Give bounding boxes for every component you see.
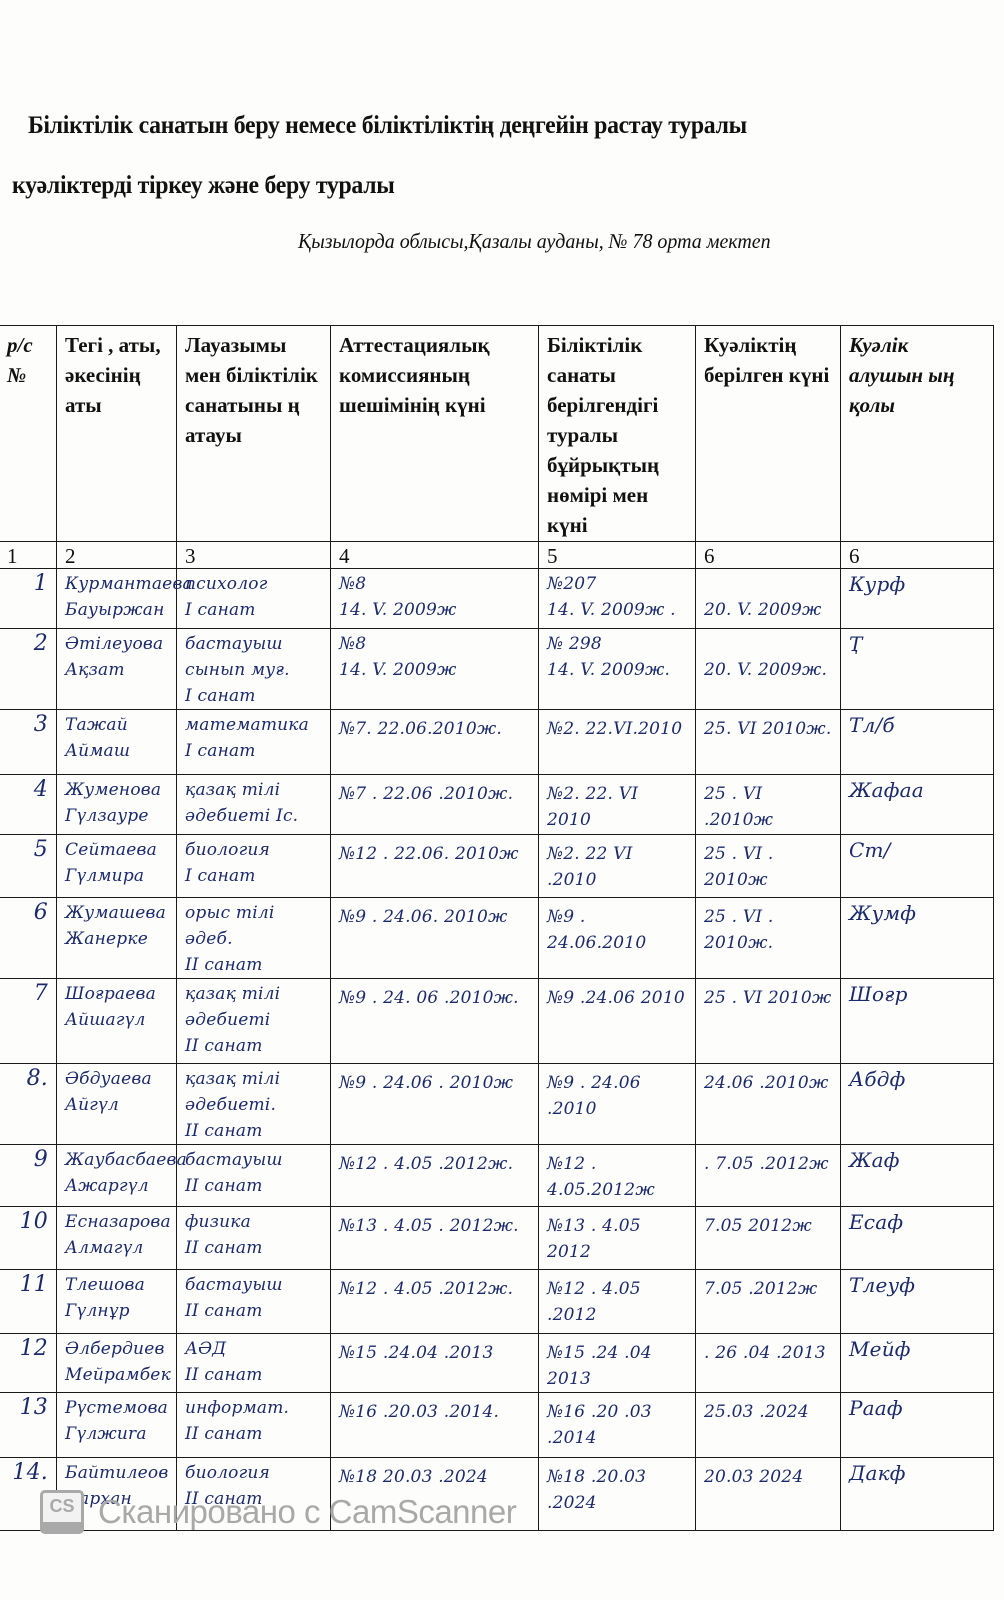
full-name-cell: ӘбдуаеваАйгүл [57, 1064, 177, 1145]
handwritten-line: бастауыш [185, 1272, 322, 1298]
handwritten-line: №12 . 4.05 .2012 [547, 1276, 687, 1328]
header-issue-date: Куәліктің берілген күні [696, 326, 841, 542]
handwritten-line: қазақ тілі [185, 777, 322, 803]
signature-cell: Мейф [841, 1334, 994, 1393]
handwritten-line: биология [185, 837, 322, 863]
commission-date-cell: №814. V. 2009ж [331, 629, 539, 710]
camscanner-cs-icon: CS [40, 1490, 84, 1534]
handwritten-line: №12 . 4.05 .2012ж. [339, 1276, 530, 1302]
signature-cell: Абдф [841, 1064, 994, 1145]
handwritten-line: бастауыш [185, 1147, 322, 1173]
handwritten-line: Гүлжиra [65, 1421, 168, 1447]
signature-cell: Курф [841, 569, 994, 629]
handwritten-line: II санат [185, 1362, 322, 1388]
position-cell: психологI санат [177, 569, 331, 629]
full-name-cell: ЖумашеваЖанерке [57, 898, 177, 979]
handwritten-line: №8 [339, 631, 530, 657]
table-row: 4ЖуменоваГүлзауреқазақ тіліәдебиеті Iс.№… [0, 775, 994, 835]
row-number: 7 [0, 979, 57, 1064]
document-title-line1: Біліктілік санатын беру немесе біліктілі… [28, 112, 747, 140]
handwritten-line: Жанерке [65, 926, 168, 952]
issue-date-cell: 7.05 2012ж [696, 1207, 841, 1270]
order-cell: №2. 22. VI 2010 [539, 775, 696, 835]
handwritten-line: орыс тілі әдеб. [185, 900, 322, 952]
handwritten-line: I санат [185, 863, 322, 889]
position-cell: қазақ тіліәдебиеті Iс. [177, 775, 331, 835]
signature-cell: Тлеуф [841, 1270, 994, 1334]
position-cell: қазақ тіліәдебиетіII санат [177, 979, 331, 1064]
handwritten-line: №18 .20.03 .2024 [547, 1464, 687, 1516]
row-number: 9 [0, 1145, 57, 1207]
position-cell: қазақ тіліәдебиеті.II санат [177, 1064, 331, 1145]
handwritten-line: №9 . 24.06 . 2010ж [339, 1070, 530, 1096]
order-cell: №2. 22 VI .2010 [539, 835, 696, 898]
handwritten-line: бастауыш [185, 631, 322, 657]
signature-cell: Жафаа [841, 775, 994, 835]
handwritten-line: Шоғраева [65, 981, 168, 1007]
table-row: 6ЖумашеваЖанеркеорыс тілі әдеб.II санат№… [0, 898, 994, 979]
row-number: 3 [0, 710, 57, 775]
issue-date-cell: 7.05 .2012ж [696, 1270, 841, 1334]
order-cell: №9 .24.06 2010 [539, 979, 696, 1064]
full-name-cell: СейтаеваГүлмира [57, 835, 177, 898]
full-name-cell: КурмантаеваБауыржан [57, 569, 177, 629]
handwritten-line: Аймаш [65, 738, 168, 764]
order-cell: №2. 22.VI.2010 [539, 710, 696, 775]
order-cell: №9 . 24.06.2010 [539, 898, 696, 979]
handwritten-line: Сейтаева [65, 837, 168, 863]
handwritten-line: №2. 22.VI.2010 [547, 716, 687, 742]
handwritten-line: №9 . 24.06 .2010 [547, 1070, 687, 1122]
commission-date-cell: №15 .24.04 .2013 [331, 1334, 539, 1393]
issue-date-cell: 20. V. 2009ж. [696, 629, 841, 710]
row-number: 6 [0, 898, 57, 979]
handwritten-line: Жуменова [65, 777, 168, 803]
commission-date-cell: №16 .20.03 .2014. [331, 1393, 539, 1458]
table-row: 2ӘтілеуоваАқзатбастауышсынып муғ.I санат… [0, 629, 994, 710]
order-cell: №20714. V. 2009ж . [539, 569, 696, 629]
row-number: 12 [0, 1334, 57, 1393]
position-cell: бастауышсынып муғ.I санат [177, 629, 331, 710]
handwritten-line: Гүлмира [65, 863, 168, 889]
handwritten-line: №9 .24.06 2010 [547, 985, 687, 1011]
handwritten-line: Тлешова [65, 1272, 168, 1298]
handwritten-line: әдебиеті Iс. [185, 803, 322, 829]
row-number: 8. [0, 1064, 57, 1145]
handwritten-line: I санат [185, 597, 322, 623]
table-row: 9ЖаубасбаеваАжаргүлбастауышII санат№12 .… [0, 1145, 994, 1207]
issue-date-cell: . 26 .04 .2013 [696, 1334, 841, 1393]
handwritten-line: №15 .24 .04 2013 [547, 1340, 687, 1392]
header-position: Лауазымы мен біліктілік санатыны ң атауы [177, 326, 331, 542]
full-name-cell: ТлешоваГүлнұр [57, 1270, 177, 1334]
signature-cell: Рааф [841, 1393, 994, 1458]
handwritten-line: II санат [185, 1421, 322, 1447]
row-number: 5 [0, 835, 57, 898]
issue-date-cell: 20. V. 2009ж [696, 569, 841, 629]
full-name-cell: ӘлбердиевМейрамбек [57, 1334, 177, 1393]
commission-date-cell: №12 . 4.05 .2012ж. [331, 1145, 539, 1207]
handwritten-line: №7. 22.06.2010ж. [339, 716, 530, 742]
watermark-text: Сканировано с CamScanner [98, 1493, 516, 1531]
handwritten-line: №2. 22 VI .2010 [547, 841, 687, 893]
handwritten-line: I санат [185, 683, 322, 709]
handwritten-line: №12 . 4.05.2012ж [547, 1151, 687, 1203]
row-number: 2 [0, 629, 57, 710]
header-order-number-date: Біліктілік санаты берілгендігі туралы бұ… [539, 326, 696, 542]
issue-date-cell: 25 . VI 2010ж [696, 979, 841, 1064]
camscanner-watermark: CS Сканировано с CamScanner [40, 1490, 516, 1534]
position-cell: информат.II санат [177, 1393, 331, 1458]
handwritten-line: Бауыржан [65, 597, 168, 623]
column-number: 3 [177, 542, 331, 569]
commission-date-cell: №9 . 24. 06 .2010ж. [331, 979, 539, 1064]
header-full-name: Тегі , аты, әкесінің аты [57, 326, 177, 542]
handwritten-line: Тажай [65, 712, 168, 738]
handwritten-line: II санат [185, 1235, 322, 1261]
handwritten-line: Ажаргүл [65, 1173, 168, 1199]
column-number: 1 [0, 542, 57, 569]
column-number: 4 [331, 542, 539, 569]
handwritten-line: Жумашева [65, 900, 168, 926]
commission-date-cell: №814. V. 2009ж [331, 569, 539, 629]
handwritten-line: Гүлнұр [65, 1298, 168, 1324]
table-row: 5СейтаеваГүлмирабиологияI санат№12 . 22.… [0, 835, 994, 898]
handwritten-line: Курмантаева [65, 571, 168, 597]
table-row: 11ТлешоваГүлнұрбастауышII санат№12 . 4.0… [0, 1270, 994, 1334]
handwritten-line: №9 . 24. 06 .2010ж. [339, 985, 530, 1011]
handwritten-line: №18 20.03 .2024 [339, 1464, 530, 1490]
handwritten-line: Есназарова [65, 1209, 168, 1235]
handwritten-line: АӘД [185, 1336, 322, 1362]
issue-date-cell: 24.06 .2010ж [696, 1064, 841, 1145]
handwritten-line: №12 . 4.05 .2012ж. [339, 1151, 530, 1177]
handwritten-line: 14. V. 2009ж. [547, 657, 687, 683]
handwritten-line: Мейрамбек [65, 1362, 168, 1388]
handwritten-line: №207 [547, 571, 687, 597]
commission-date-cell: №13 . 4.05 . 2012ж. [331, 1207, 539, 1270]
handwritten-line: биология [185, 1460, 322, 1486]
handwritten-line: №9 . 24.06. 2010ж [339, 904, 530, 930]
handwritten-line: II санат [185, 952, 322, 978]
signature-cell: Тл/б [841, 710, 994, 775]
full-name-cell: ШоғраеваАйшагүл [57, 979, 177, 1064]
order-cell: №9 . 24.06 .2010 [539, 1064, 696, 1145]
handwritten-line: №15 .24.04 .2013 [339, 1340, 530, 1366]
handwritten-line: Әлбердиев [65, 1336, 168, 1362]
order-cell: №12 . 4.05.2012ж [539, 1145, 696, 1207]
handwritten-line: психолог [185, 571, 322, 597]
issue-date-cell: . 7.05 .2012ж [696, 1145, 841, 1207]
handwritten-line: II санат [185, 1118, 322, 1144]
column-number: 6 [841, 542, 994, 569]
commission-date-cell: №7 . 22.06 .2010ж. [331, 775, 539, 835]
handwritten-line: қазақ тілі [185, 981, 322, 1007]
handwritten-line: Рүстемова [65, 1395, 168, 1421]
column-number: 6 [696, 542, 841, 569]
table-row: 13РүстемоваГүлжиraинформат.II санат№16 .… [0, 1393, 994, 1458]
handwritten-line: №8 [339, 571, 530, 597]
table-row: 7ШоғраеваАйшагүлқазақ тіліәдебиетіII сан… [0, 979, 994, 1064]
order-cell: №18 .20.03 .2024 [539, 1458, 696, 1531]
handwritten-line: 14. V. 2009ж [339, 657, 530, 683]
handwritten-line: №13 . 4.05 2012 [547, 1213, 687, 1265]
handwritten-line: қазақ тілі [185, 1066, 322, 1092]
signature-cell: Жумф [841, 898, 994, 979]
handwritten-line: 14. V. 2009ж . [547, 597, 687, 623]
order-cell: №13 . 4.05 2012 [539, 1207, 696, 1270]
table-row: 1КурмантаеваБауыржанпсихологI санат№814.… [0, 569, 994, 629]
row-number: 1 [0, 569, 57, 629]
handwritten-line: әдебиеті. [185, 1092, 322, 1118]
full-name-cell: ЕсназароваАлмагүл [57, 1207, 177, 1270]
document-title-line2: куәліктерді тіркеу және беру туралы [12, 172, 395, 200]
handwritten-line: II санат [185, 1298, 322, 1324]
order-cell: №15 .24 .04 2013 [539, 1334, 696, 1393]
handwritten-line: II санат [185, 1033, 322, 1059]
commission-date-cell: №9 . 24.06 . 2010ж [331, 1064, 539, 1145]
header-commission-date: Аттестациялық комиссияның шешімінің күні [331, 326, 539, 542]
handwritten-line: Ақзат [65, 657, 168, 683]
column-number-row: 1 2 3 4 5 6 6 [0, 542, 994, 569]
handwritten-line: №16 .20.03 .2014. [339, 1399, 530, 1425]
handwritten-line: әдебиеті [185, 1007, 322, 1033]
table-row: 8.ӘбдуаеваАйгүлқазақ тіліәдебиеті.II сан… [0, 1064, 994, 1145]
handwritten-line: сынып муғ. [185, 657, 322, 683]
position-cell: бастауышII санат [177, 1145, 331, 1207]
row-number: 11 [0, 1270, 57, 1334]
handwritten-line: Айшагүл [65, 1007, 168, 1033]
issue-date-cell: 25.03 .2024 [696, 1393, 841, 1458]
handwritten-line: №7 . 22.06 .2010ж. [339, 781, 530, 807]
signature-cell: Жаф [841, 1145, 994, 1207]
position-cell: бастауышII санат [177, 1270, 331, 1334]
handwritten-line: Әбдуаева [65, 1066, 168, 1092]
row-number: 10 [0, 1207, 57, 1270]
full-name-cell: РүстемоваГүлжиra [57, 1393, 177, 1458]
issue-date-cell: 25 . VI . 2010ж. [696, 898, 841, 979]
signature-cell: Шоғр [841, 979, 994, 1064]
handwritten-line: Айгүл [65, 1092, 168, 1118]
signature-cell: Ст/ [841, 835, 994, 898]
commission-date-cell: №12 . 22.06. 2010ж [331, 835, 539, 898]
header-row: р/с № Тегі , аты, әкесінің аты Лауазымы … [0, 326, 994, 542]
table-row: 12ӘлбердиевМейрамбекАӘДII санат№15 .24.0… [0, 1334, 994, 1393]
full-name-cell: ЖуменоваГүлзауре [57, 775, 177, 835]
order-cell: №16 .20 .03 .2014 [539, 1393, 696, 1458]
position-cell: математикаI санат [177, 710, 331, 775]
commission-date-cell: №12 . 4.05 .2012ж. [331, 1270, 539, 1334]
row-number: 4 [0, 775, 57, 835]
full-name-cell: ТажайАймаш [57, 710, 177, 775]
handwritten-line: Гүлзауре [65, 803, 168, 829]
column-number: 2 [57, 542, 177, 569]
position-cell: физикаII санат [177, 1207, 331, 1270]
order-cell: № 29814. V. 2009ж. [539, 629, 696, 710]
handwritten-line: информат. [185, 1395, 322, 1421]
header-row-number: р/с № [0, 326, 57, 542]
signature-cell: Ҭ [841, 629, 994, 710]
handwritten-line: Жаубасбаева [65, 1147, 168, 1173]
position-cell: орыс тілі әдеб.II санат [177, 898, 331, 979]
handwritten-line: №9 . 24.06.2010 [547, 904, 687, 956]
handwritten-line: Әтілеуова [65, 631, 168, 657]
handwritten-line: Байтилеов [65, 1460, 168, 1486]
issue-date-cell: 25 . VI .2010ж [696, 775, 841, 835]
handwritten-line: №16 .20 .03 .2014 [547, 1399, 687, 1451]
table-row: 3ТажайАймашматематикаI санат№7. 22.06.20… [0, 710, 994, 775]
handwritten-line: Алмагүл [65, 1235, 168, 1261]
full-name-cell: ЖаубасбаеваАжаргүл [57, 1145, 177, 1207]
handwritten-line: № 298 [547, 631, 687, 657]
handwritten-line: 14. V. 2009ж [339, 597, 530, 623]
position-cell: биологияI санат [177, 835, 331, 898]
column-number: 5 [539, 542, 696, 569]
signature-cell: Дакф [841, 1458, 994, 1531]
handwritten-line: физика [185, 1209, 322, 1235]
position-cell: АӘДII санат [177, 1334, 331, 1393]
table-row: 10ЕсназароваАлмагүлфизикаII санат№13 . 4… [0, 1207, 994, 1270]
issue-date-cell: 20.03 2024 [696, 1458, 841, 1531]
document-subtitle: Қызылорда облысы,Қазалы ауданы, № 78 орт… [298, 229, 771, 254]
commission-date-cell: №7. 22.06.2010ж. [331, 710, 539, 775]
issue-date-cell: 25 . VI . 2010ж [696, 835, 841, 898]
handwritten-line: I санат [185, 738, 322, 764]
handwritten-line: №13 . 4.05 . 2012ж. [339, 1213, 530, 1239]
row-number: 13 [0, 1393, 57, 1458]
registration-table: р/с № Тегі , аты, әкесінің аты Лауазымы … [0, 325, 994, 1531]
handwritten-line: II санат [185, 1173, 322, 1199]
issue-date-cell: 25. VI 2010ж. [696, 710, 841, 775]
order-cell: №12 . 4.05 .2012 [539, 1270, 696, 1334]
full-name-cell: ӘтілеуоваАқзат [57, 629, 177, 710]
handwritten-line: №2. 22. VI 2010 [547, 781, 687, 833]
handwritten-line: математика [185, 712, 322, 738]
header-signature: Куәлік алушын ың қолы [841, 326, 994, 542]
commission-date-cell: №9 . 24.06. 2010ж [331, 898, 539, 979]
handwritten-line: №12 . 22.06. 2010ж [339, 841, 530, 867]
signature-cell: Есаф [841, 1207, 994, 1270]
